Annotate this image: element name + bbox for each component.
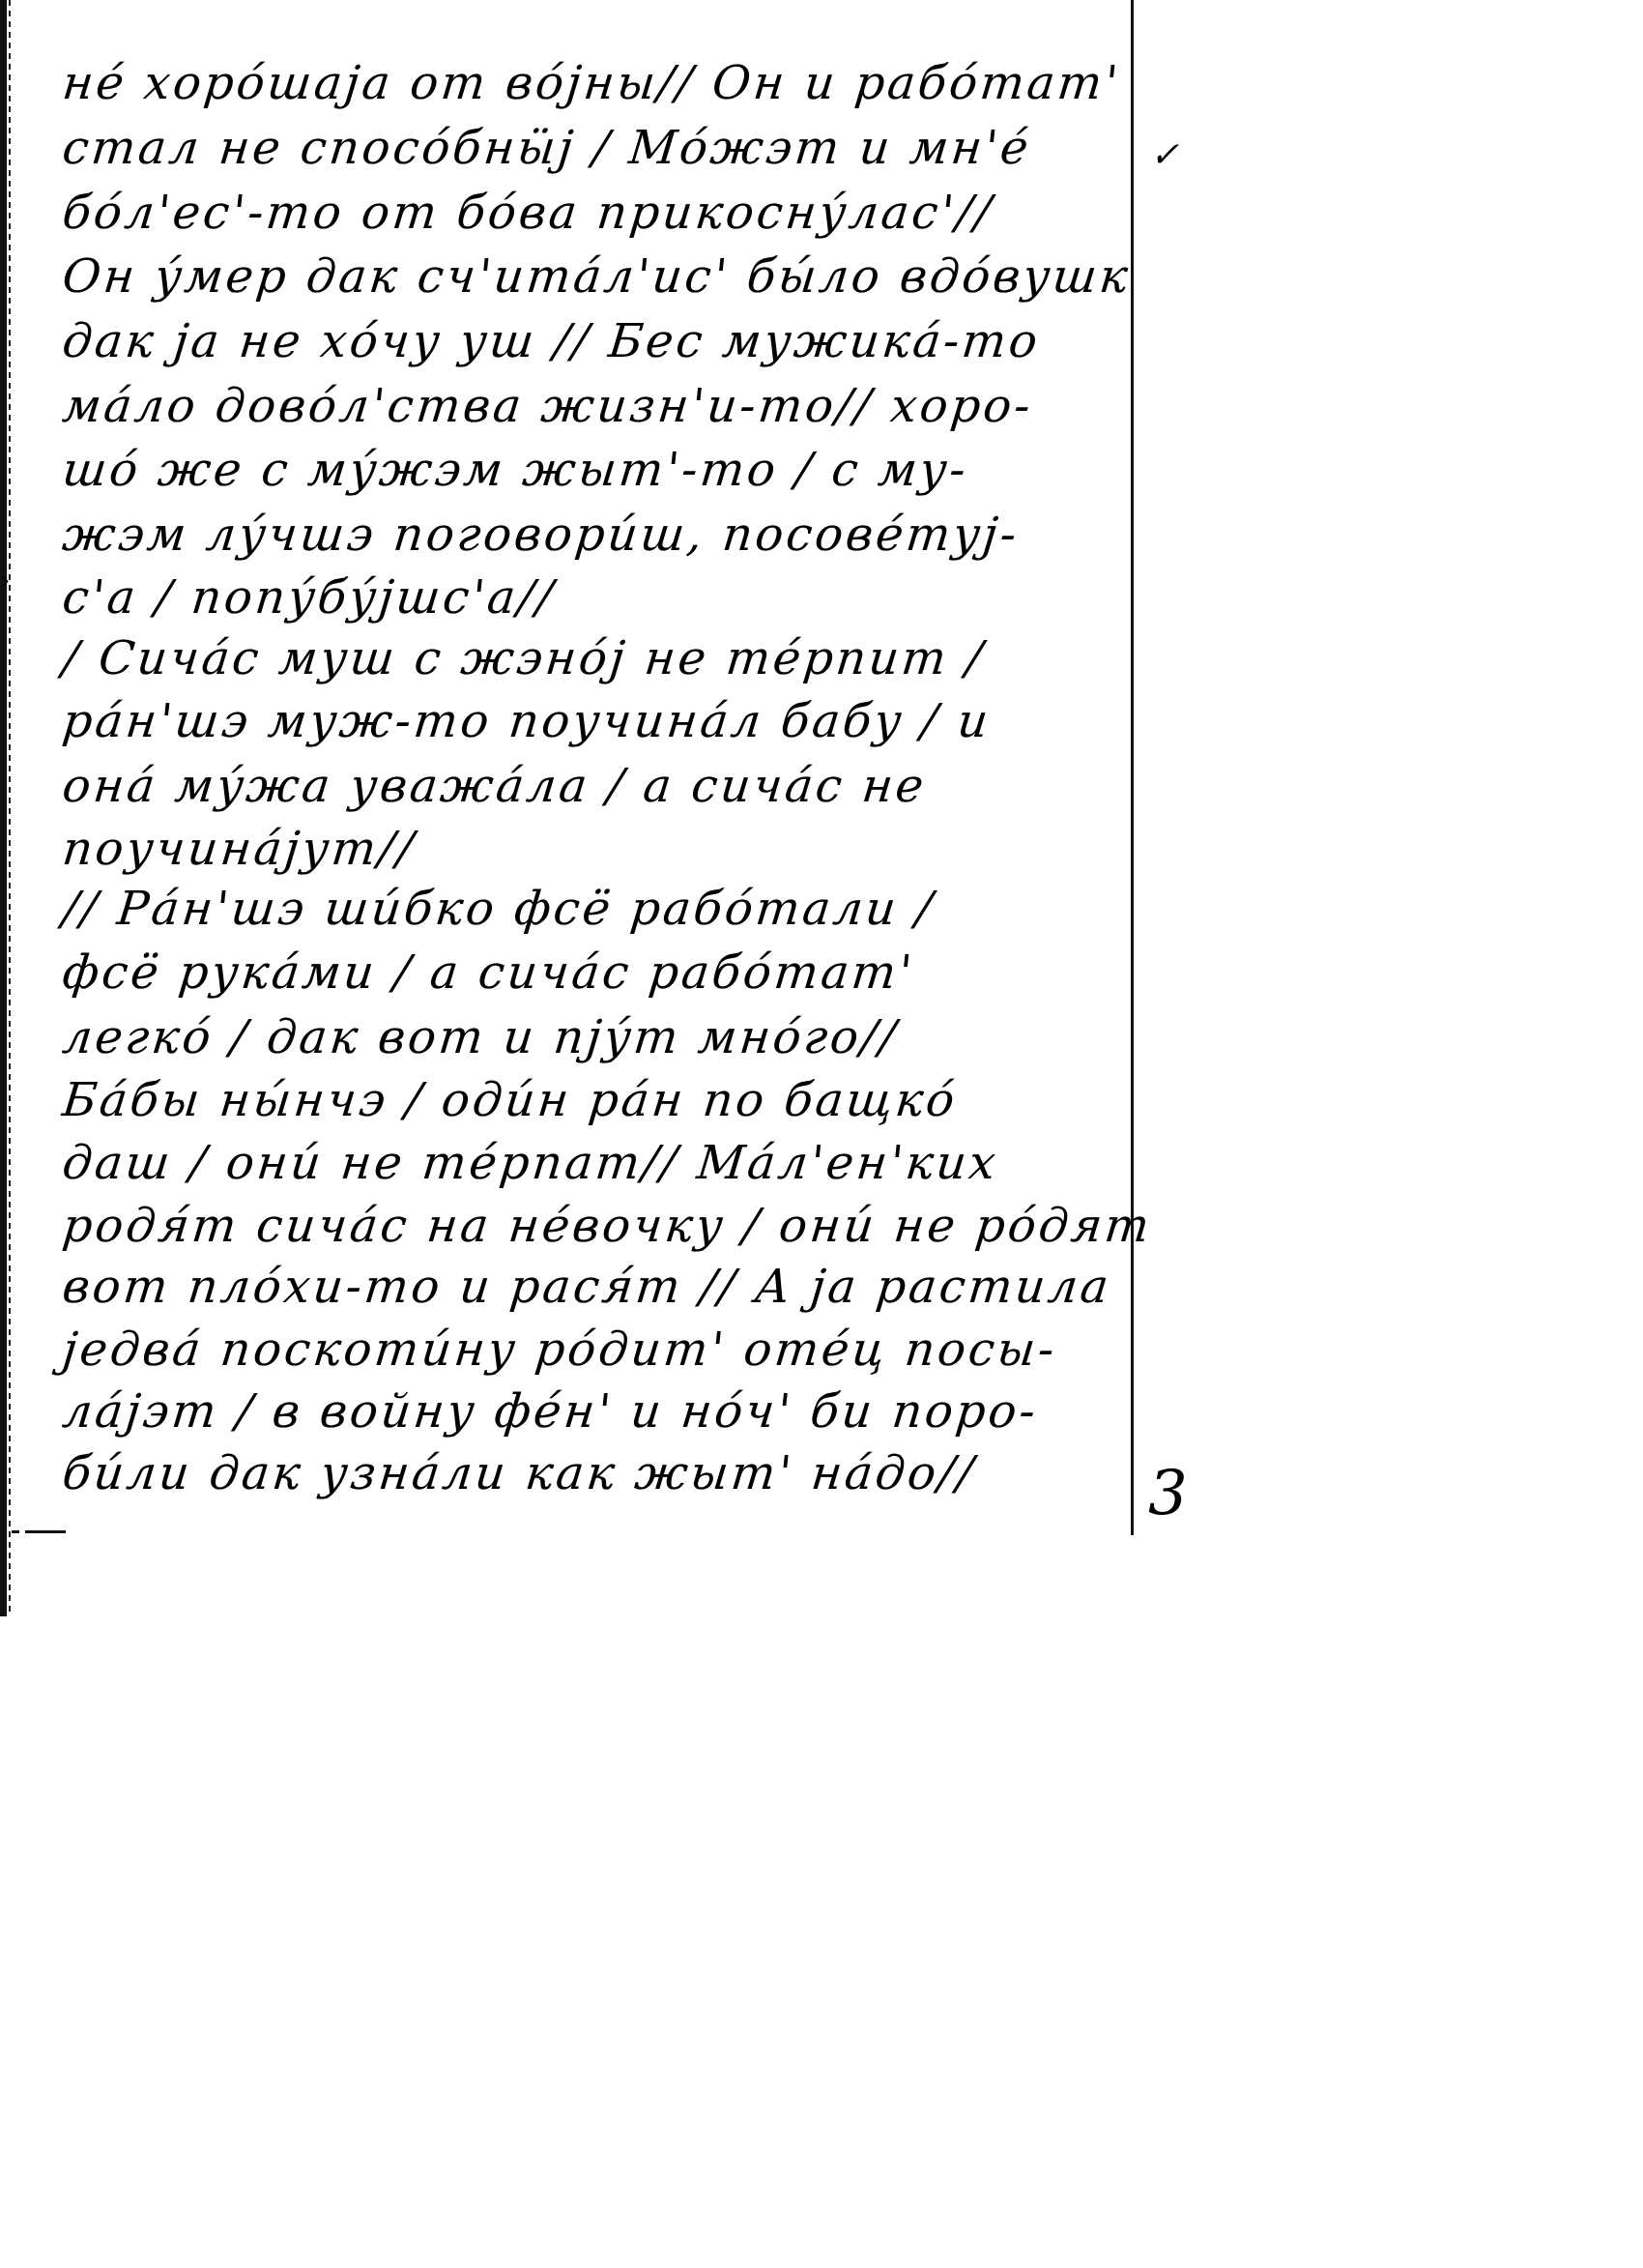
text-line-21: једва́ поскоти́ну ро́дит' оте́ц посы- (60, 1323, 1059, 1377)
scan-left-border (0, 0, 7, 1616)
checkmark-icon: ✓ (1150, 135, 1179, 175)
scan-dash-mark (12, 1530, 66, 1533)
left-margin-mark-icon: › (0, 567, 10, 596)
text-line-6: ма́ло дово́л'ства жизн'и-то// хоро- (60, 379, 1036, 433)
text-line-5: дак ја не хо́чу уш // Бес мужика́-то (60, 314, 1043, 368)
text-line-16: легко́ / дак вот и пју́т мно́го// (60, 1010, 901, 1064)
scan-left-border-noise (9, 0, 11, 1616)
text-line-4: Он у́мер дак сч'ита́л'ис' бы́ло вдо́вушк (60, 249, 1133, 304)
text-line-23: би́ли дак узна́ли как жыт' на́до// (60, 1446, 979, 1500)
text-line-2: стал не спосо́бнӹј / Мо́жэт и мн'е́ (60, 121, 1034, 175)
text-line-10: / Сича́с муш с жэно́ј не те́рпит / (60, 631, 988, 685)
text-line-17: Ба́бы ны́нчэ / оди́н ра́н по бащко́ (60, 1073, 960, 1127)
text-line-8: жэм лу́чшэ поговори́ш, посове́туј- (60, 508, 1022, 562)
margin-rule-line (1131, 0, 1134, 1535)
text-line-12: она́ му́жа уважа́ла / а сича́с не (60, 759, 929, 813)
text-line-18: даш / они́ не те́рпат// Ма́л'ен'ких (60, 1136, 1001, 1190)
text-line-11: ра́н'шэ муж-то поучина́л бабу / и (60, 694, 994, 748)
text-line-1: не́ хоро́шаја от во́јны// Он и рабо́тат' (60, 56, 1123, 110)
text-line-3: бо́л'ес'-то от бо́ва прикосну́лас'// (60, 186, 996, 240)
text-line-9: с'а / попу́бу́јшс'а// (60, 570, 558, 625)
text-line-13: поучина́јут// (60, 822, 418, 876)
text-line-15: фсё рука́ми / а сича́с рабо́тат' (60, 945, 917, 1000)
text-line-22: ла́јэт / в войну фе́н' и но́ч' би поро- (60, 1384, 1041, 1439)
text-line-7: шо́ же с му́жэм жыт'-то / с му- (60, 443, 971, 497)
text-line-19: родя́т сича́с на не́вочку / они́ не ро́д… (60, 1199, 1155, 1253)
text-line-14: // Ра́н'шэ ши́бко фсё рабо́тали / (60, 882, 937, 936)
text-line-20: вот пло́хи-то и рася́т // А ја растила (60, 1260, 1114, 1314)
page-number: 3 (1148, 1458, 1188, 1529)
